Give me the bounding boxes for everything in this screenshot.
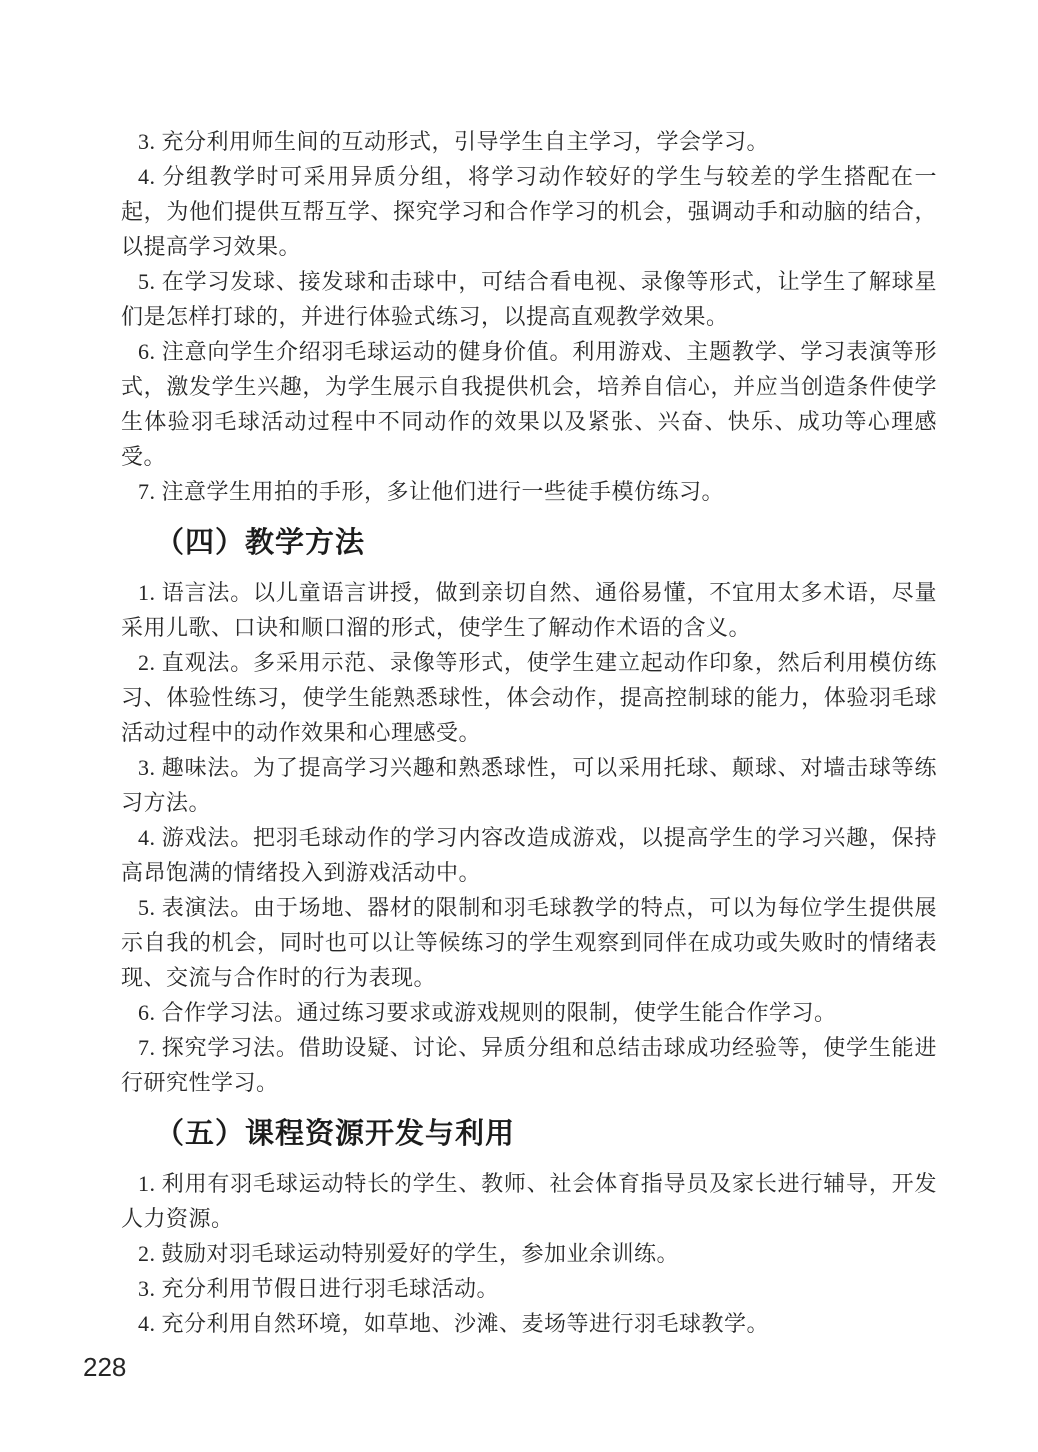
section-heading-curriculum-resources: （五）课程资源开发与利用 [121,1112,937,1156]
paragraph-item-3: 3. 充分利用师生间的互动形式，引导学生自主学习，学会学习。 [121,124,937,159]
paragraph-item-5: 5. 在学习发球、接发球和击球中，可结合看电视、录像等形式，让学生了解球星们是怎… [121,264,937,334]
paragraph-resource-3: 3. 充分利用节假日进行羽毛球活动。 [121,1271,937,1306]
paragraph-method-2: 2. 直观法。多采用示范、录像等形式，使学生建立起动作印象，然后利用模仿练习、体… [121,645,937,750]
paragraph-method-5: 5. 表演法。由于场地、器材的限制和羽毛球教学的特点，可以为每位学生提供展示自我… [121,890,937,995]
paragraph-resource-4: 4. 充分利用自然环境，如草地、沙滩、麦场等进行羽毛球教学。 [121,1306,937,1341]
paragraph-item-4: 4. 分组教学时可采用异质分组，将学习动作较好的学生与较差的学生搭配在一起，为他… [121,159,937,264]
paragraph-method-4: 4. 游戏法。把羽毛球动作的学习内容改造成游戏，以提高学生的学习兴趣，保持高昂饱… [121,820,937,890]
section-heading-teaching-methods: （四）教学方法 [121,521,937,565]
document-page: 3. 充分利用师生间的互动形式，引导学生自主学习，学会学习。 4. 分组教学时可… [0,0,1038,1452]
paragraph-item-6: 6. 注意向学生介绍羽毛球运动的健身价值。利用游戏、主题教学、学习表演等形式，激… [121,334,937,474]
page-number: 228 [83,1352,126,1383]
paragraph-item-7: 7. 注意学生用拍的手形，多让他们进行一些徒手模仿练习。 [121,474,937,509]
paragraph-resource-2: 2. 鼓励对羽毛球运动特别爱好的学生，参加业余训练。 [121,1236,937,1271]
paragraph-method-6: 6. 合作学习法。通过练习要求或游戏规则的限制，使学生能合作学习。 [121,995,937,1030]
paragraph-resource-1: 1. 利用有羽毛球运动特长的学生、教师、社会体育指导员及家长进行辅导，开发人力资… [121,1166,937,1236]
paragraph-method-3: 3. 趣味法。为了提高学习兴趣和熟悉球性，可以采用托球、颠球、对墙击球等练习方法… [121,750,937,820]
page-content: 3. 充分利用师生间的互动形式，引导学生自主学习，学会学习。 4. 分组教学时可… [121,124,937,1341]
paragraph-method-7: 7. 探究学习法。借助设疑、讨论、异质分组和总结击球成功经验等，使学生能进行研究… [121,1030,937,1100]
paragraph-method-1: 1. 语言法。以儿童语言讲授，做到亲切自然、通俗易懂，不宜用太多术语，尽量采用儿… [121,575,937,645]
